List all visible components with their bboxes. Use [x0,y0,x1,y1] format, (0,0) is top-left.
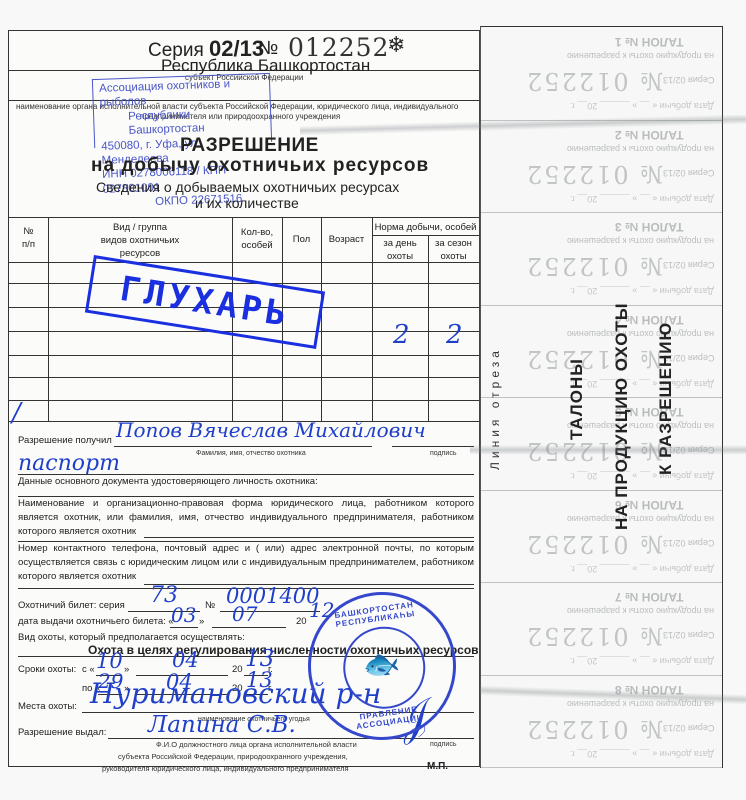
permit-subtitle: на добычу охотничьих ресурсов [91,156,429,175]
coupon-subtitle: на продукцию охоты к разрешению [567,144,714,154]
coupon-date[interactable]: Дата добычи « __ » ______ 20__ г. [570,749,714,759]
issued-by-value[interactable]: Лапина С.В. [148,714,296,737]
holder-name-value[interactable]: Попов Вячеслав Михайлович [116,420,426,440]
coupon-date[interactable]: Дата добычи « __ » ______ 20__ г. [570,564,714,574]
received-label: Разрешение получил [18,436,112,446]
coupon: ТАЛОН № 6на продукцию охоты к разрешению… [481,490,722,584]
coupon-subtitle: на продукцию охоты к разрешению [567,329,714,339]
coupon-series: Серия 02/13 [663,723,714,733]
coupon: ТАЛОН № 1на продукцию охоты к разрешению… [481,27,722,121]
col-count-header: Кол-во, особей [232,227,282,253]
employer-line[interactable] [144,537,474,538]
coupon-subtitle: на продукцию охоты к разрешению [567,514,714,524]
region-name: Республика Башкортостан [161,57,370,74]
info-heading-1: Сведения о добываемых охотничьих ресурса… [96,180,399,194]
coupon-number: № 012252 [525,715,663,743]
coupon-subtitle: на продукцию охоты к разрешению [567,606,714,616]
id-document-value[interactable]: паспорт [18,453,120,475]
col-age-header: Возраст [321,234,372,247]
id-document-label: Данные основного документа удостоверяюще… [18,477,318,487]
coupon-number: № 012252 [525,252,663,280]
coupon-title: ТАЛОН № 2 [615,128,684,142]
ticket-number-label: № [205,601,215,611]
coupons-strip: ТАЛОН № 1на продукцию охоты к разрешению… [480,26,723,768]
holder-signature-line[interactable] [392,446,474,447]
norm-per-season-value: 2 [446,322,463,348]
coupon: ТАЛОН № 7на продукцию охоты к разрешению… [481,582,722,676]
place-label: Места охоты: [18,702,77,712]
col-per-season-header: за сезон охоты [428,238,479,264]
fish-icon: 🐟 [361,645,403,685]
period-label: Сроки охоты: [18,665,76,675]
employer-text: Наименование и организационно-правовая ф… [18,497,474,539]
coupon-title: ТАЛОН № 1 [615,35,684,49]
coupon-date[interactable]: Дата добычи « __ » ______ 20__ г. [570,656,714,666]
coupons-title-2: НА ПРОДУКЦИЮ ОХОТЫ [613,303,630,531]
norm-per-day-value: 2 [393,322,410,348]
coupon-date[interactable]: Дата добычи « __ » ______ 20__ г. [570,101,714,111]
col-species-header: Вид / группа видов охотничьих ресурсов [48,222,232,260]
issuer-signature-caption: подпись [430,741,456,748]
ticket-day-line [170,627,198,628]
col-sex-header: Пол [282,234,321,247]
coupon-number: № 012252 [525,622,663,650]
coupon-number: № 012252 [525,160,663,188]
coupon-title: ТАЛОН № 7 [615,590,684,604]
received-line [114,446,372,447]
coupon-subtitle: на продукцию охоты к разрешению [567,236,714,246]
col-num-header: № п/п [9,226,48,252]
ticket-date-label: дата выдачи охотничьего билета: « [18,617,174,627]
coupon-date[interactable]: Дата добычи « __ » ______ 20__ г. [570,194,714,204]
issued-by-caption-2: субъекта Российской Федерации, природоох… [118,753,348,761]
coupon-series: Серия 02/13 [663,630,714,640]
issued-by-line [108,738,382,739]
period-from-month[interactable]: 04 [172,650,199,671]
quote-close: » [199,617,204,627]
permit-title: РАЗРЕШЕНИЕ [180,136,319,155]
info-heading-2: и их количестве [195,196,299,210]
coupon-subtitle: на продукцию охоты к разрешению [567,51,714,61]
coupons-title-1: ТАЛОНЫ [568,358,585,440]
coupon-date[interactable]: Дата добычи « __ » ______ 20__ г. [570,379,714,389]
col-per-day-header: за день охоты [372,238,428,264]
ticket-day-value[interactable]: 03 [171,605,196,625]
coupon-number: № 012252 [525,530,663,558]
issued-by-caption-1: Ф.И.О должностного лица органа исполните… [156,741,357,749]
tick-mark: / [12,400,21,426]
issued-by-caption-3: руководителя юридического лица, индивиду… [102,765,349,773]
coupon-title: ТАЛОН № 3 [615,220,684,234]
coupon-number: № 012252 [525,67,663,95]
signature-caption: подпись [430,450,456,457]
ticket-month-line [212,627,286,628]
coupon: ТАЛОН № 2на продукцию охоты к разрешению… [481,120,722,214]
ticket-month-value[interactable]: 07 [232,604,257,624]
paper-crease [470,445,746,455]
snowflake-icon: ❄ [387,34,405,56]
coupon: ТАЛОН № 3на продукцию охоты к разрешению… [481,212,722,306]
id-document-line [18,474,474,475]
coupon-series: Серия 02/13 [663,260,714,270]
from-year-prefix: 20 [232,665,243,675]
coupon: ТАЛОН № 5на продукцию охоты к разрешению… [481,397,722,491]
seal-place: М.П. [427,762,448,772]
coupon-subtitle: на продукцию охоты к разрешению [567,421,714,431]
coupon-date[interactable]: Дата добычи « __ » ______ 20__ г. [570,471,714,481]
coupon-series: Серия 02/13 [663,168,714,178]
hunt-type-label: Вид охоты, который предполагается осущес… [18,633,245,643]
coupon-number: № 012252 [525,345,663,373]
ticket-series-label: Охотничий билет: серия [18,601,125,611]
ticket-year-prefix: 20 [296,617,307,627]
quote-close: » [124,665,129,675]
fio-caption: Фамилия, имя, отчество охотника [196,450,306,457]
issued-by-label: Разрешение выдал: [18,728,106,738]
coupon-series: Серия 02/13 [663,538,714,548]
coupon: ТАЛОН № 4на продукцию охоты к разрешению… [481,305,722,399]
col-norm-header: Норма добычи, особей [372,222,479,235]
coupon-date[interactable]: Дата добычи « __ » ______ 20__ г. [570,286,714,296]
coupon-series: Серия 02/13 [663,75,714,85]
period-from-prefix: с « [82,665,95,675]
contact-text: Номер контактного телефона, почтовый адр… [18,542,474,584]
